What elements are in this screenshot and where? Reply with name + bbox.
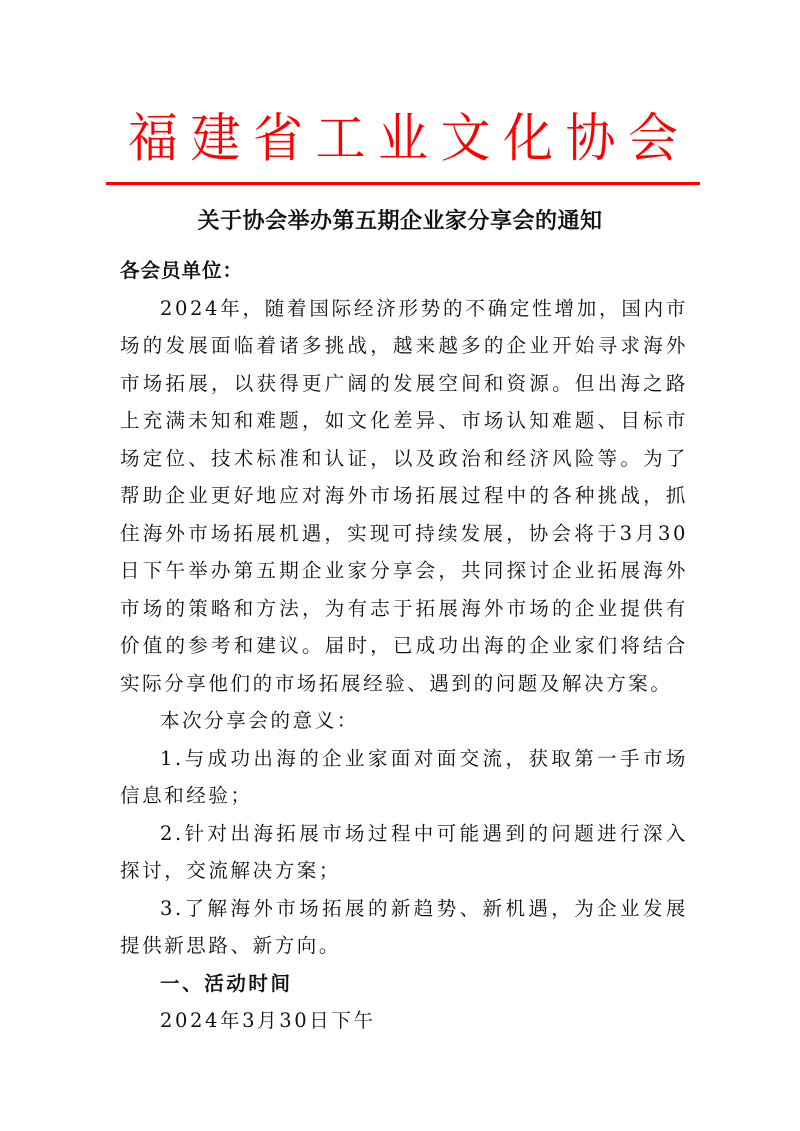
letterhead-char: 建: [191, 104, 241, 171]
org-letterhead: 福 建 省 工 业 文 化 协 会: [106, 106, 700, 170]
document-body: 各会员单位： 2024年，随着国际经济形势的不确定性增加，国内市场的发展面临着诸…: [120, 252, 688, 1040]
significance-item: 1.与成功出海的企业家面对面交流，获取第一手市场信息和经验；: [120, 740, 688, 815]
intro-paragraph: 2024年，随着国际经济形势的不确定性增加，国内市场的发展面临着诸多挑战，越来越…: [120, 290, 688, 703]
letterhead-char: 省: [253, 104, 303, 171]
letterhead-char: 协: [566, 104, 616, 171]
event-time: 2024年3月30日下午: [120, 1002, 688, 1040]
letterhead-char: 业: [378, 104, 428, 171]
letterhead-char: 化: [503, 104, 553, 171]
letterhead-char: 会: [628, 104, 678, 171]
letterhead-char: 文: [441, 104, 491, 171]
letterhead-divider: [106, 182, 700, 185]
significance-heading: 本次分享会的意义：: [120, 702, 688, 740]
significance-item: 3.了解海外市场拓展的新趋势、新机遇，为企业发展提供新思路、新方向。: [120, 890, 688, 965]
significance-item: 2.针对出海拓展市场过程中可能遇到的问题进行深入探讨，交流解决方案；: [120, 815, 688, 890]
document-page: 福 建 省 工 业 文 化 协 会 关于协会举办第五期企业家分享会的通知 各会员…: [0, 0, 800, 1131]
letterhead-char: 福: [128, 104, 178, 171]
salutation: 各会员单位：: [120, 252, 688, 290]
document-title: 关于协会举办第五期企业家分享会的通知: [100, 204, 700, 235]
section-heading-time: 一、活动时间: [120, 965, 688, 1003]
letterhead-char: 工: [316, 104, 366, 171]
